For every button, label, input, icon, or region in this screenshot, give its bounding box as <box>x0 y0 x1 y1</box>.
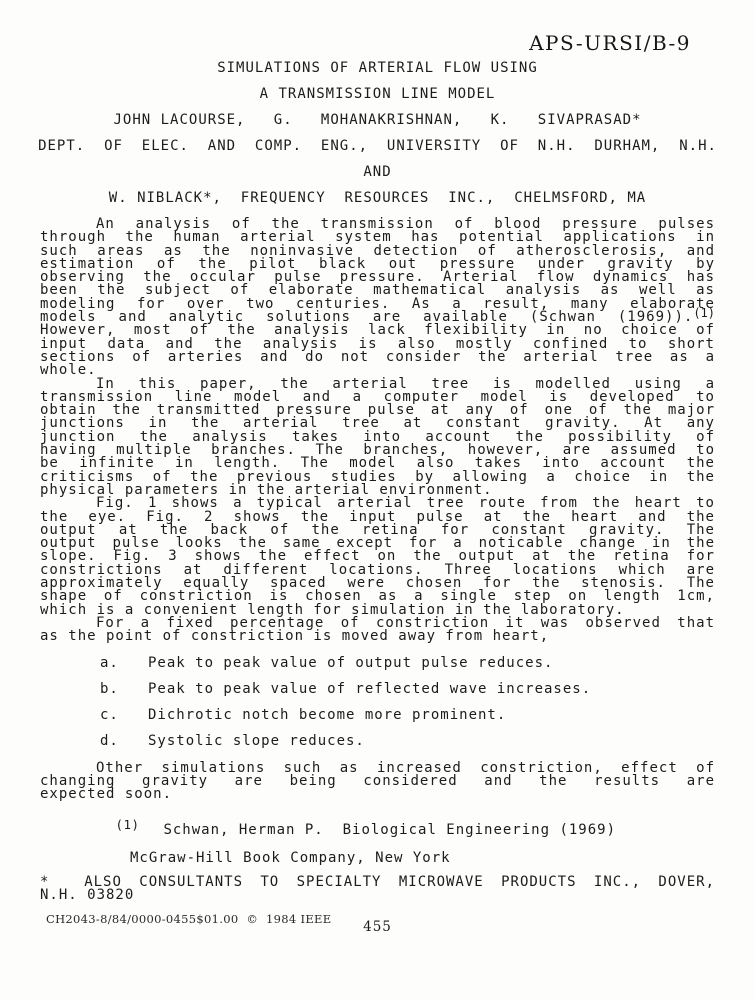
footnote-asterisk: * ALSO CONSULTANTS TO SPECIALTY MICROWAV… <box>40 876 715 903</box>
paragraph-3: Fig. 1 shows a typical arterial tree rou… <box>40 497 715 617</box>
page-number: 455 <box>0 919 755 935</box>
list-item-label: b. <box>40 683 148 696</box>
paragraph-2: In this paper, the arterial tree is mode… <box>40 378 715 498</box>
text-line: as the point of constriction is moved aw… <box>40 630 715 643</box>
footnote-reference-1: (1)Schwan, Herman P. Biological Engineer… <box>40 811 715 866</box>
affiliation-line1: DEPT. OF ELEC. AND COMP. ENG., UNIVERSIT… <box>0 140 755 153</box>
list-item-text: Peak to peak value of output pulse reduc… <box>148 657 553 670</box>
list-item-a: a. Peak to peak value of output pulse re… <box>40 657 715 670</box>
list-item-label: d. <box>40 735 148 748</box>
text-line: expected soon. <box>40 788 715 801</box>
paragraph-1: An analysis of the transmission of blood… <box>40 218 715 378</box>
list-item-c: c. Dichrotic notch become more prominent… <box>40 709 715 722</box>
footnote-citation: Schwan, Herman P. Biological Engineering… <box>163 822 616 838</box>
session-code: APS-URSI/B-9 <box>529 31 691 55</box>
affiliation-line2: W. NIBLACK*, FREQUENCY RESOURCES INC., C… <box>0 192 755 205</box>
list-item-label: a. <box>40 657 148 670</box>
text-line: sections of arteries and do not consider… <box>40 351 715 364</box>
list-item-text: Peak to peak value of reflected wave inc… <box>148 683 591 696</box>
conjunction-and: AND <box>0 166 755 179</box>
authors-line: JOHN LACOURSE, G. MOHANAKRISHNAN, K. SIV… <box>0 114 755 127</box>
paragraph-4: For a fixed percentage of constriction i… <box>40 617 715 644</box>
footnote-line-1: (1)Schwan, Herman P. Biological Engineer… <box>40 811 715 851</box>
scanned-paper-page: APS-URSI/B-9 SIMULATIONS OF ARTERIAL FLO… <box>0 0 755 1000</box>
footnote-star-line-2: N.H. 03820 <box>40 889 715 902</box>
findings-list: a. Peak to peak value of output pulse re… <box>40 657 715 749</box>
list-item-d: d. Systolic slope reduces. <box>40 735 715 748</box>
paper-title-line2: A TRANSMISSION LINE MODEL <box>0 88 755 101</box>
paper-title-line1: SIMULATIONS OF ARTERIAL FLOW USING <box>0 62 755 75</box>
paragraph-5: Other simulations such as increased cons… <box>40 762 715 802</box>
footnote-star-line-1: * ALSO CONSULTANTS TO SPECIALTY MICROWAV… <box>40 876 715 889</box>
list-item-label: c. <box>40 709 148 722</box>
list-item-text: Dichrotic notch become more prominent. <box>148 709 506 722</box>
abstract-body: An analysis of the transmission of blood… <box>40 218 715 927</box>
list-item-b: b. Peak to peak value of reflected wave … <box>40 683 715 696</box>
list-item-text: Systolic slope reduces. <box>148 735 365 748</box>
footnote-line-2: McGraw-Hill Book Company, New York <box>130 852 715 865</box>
